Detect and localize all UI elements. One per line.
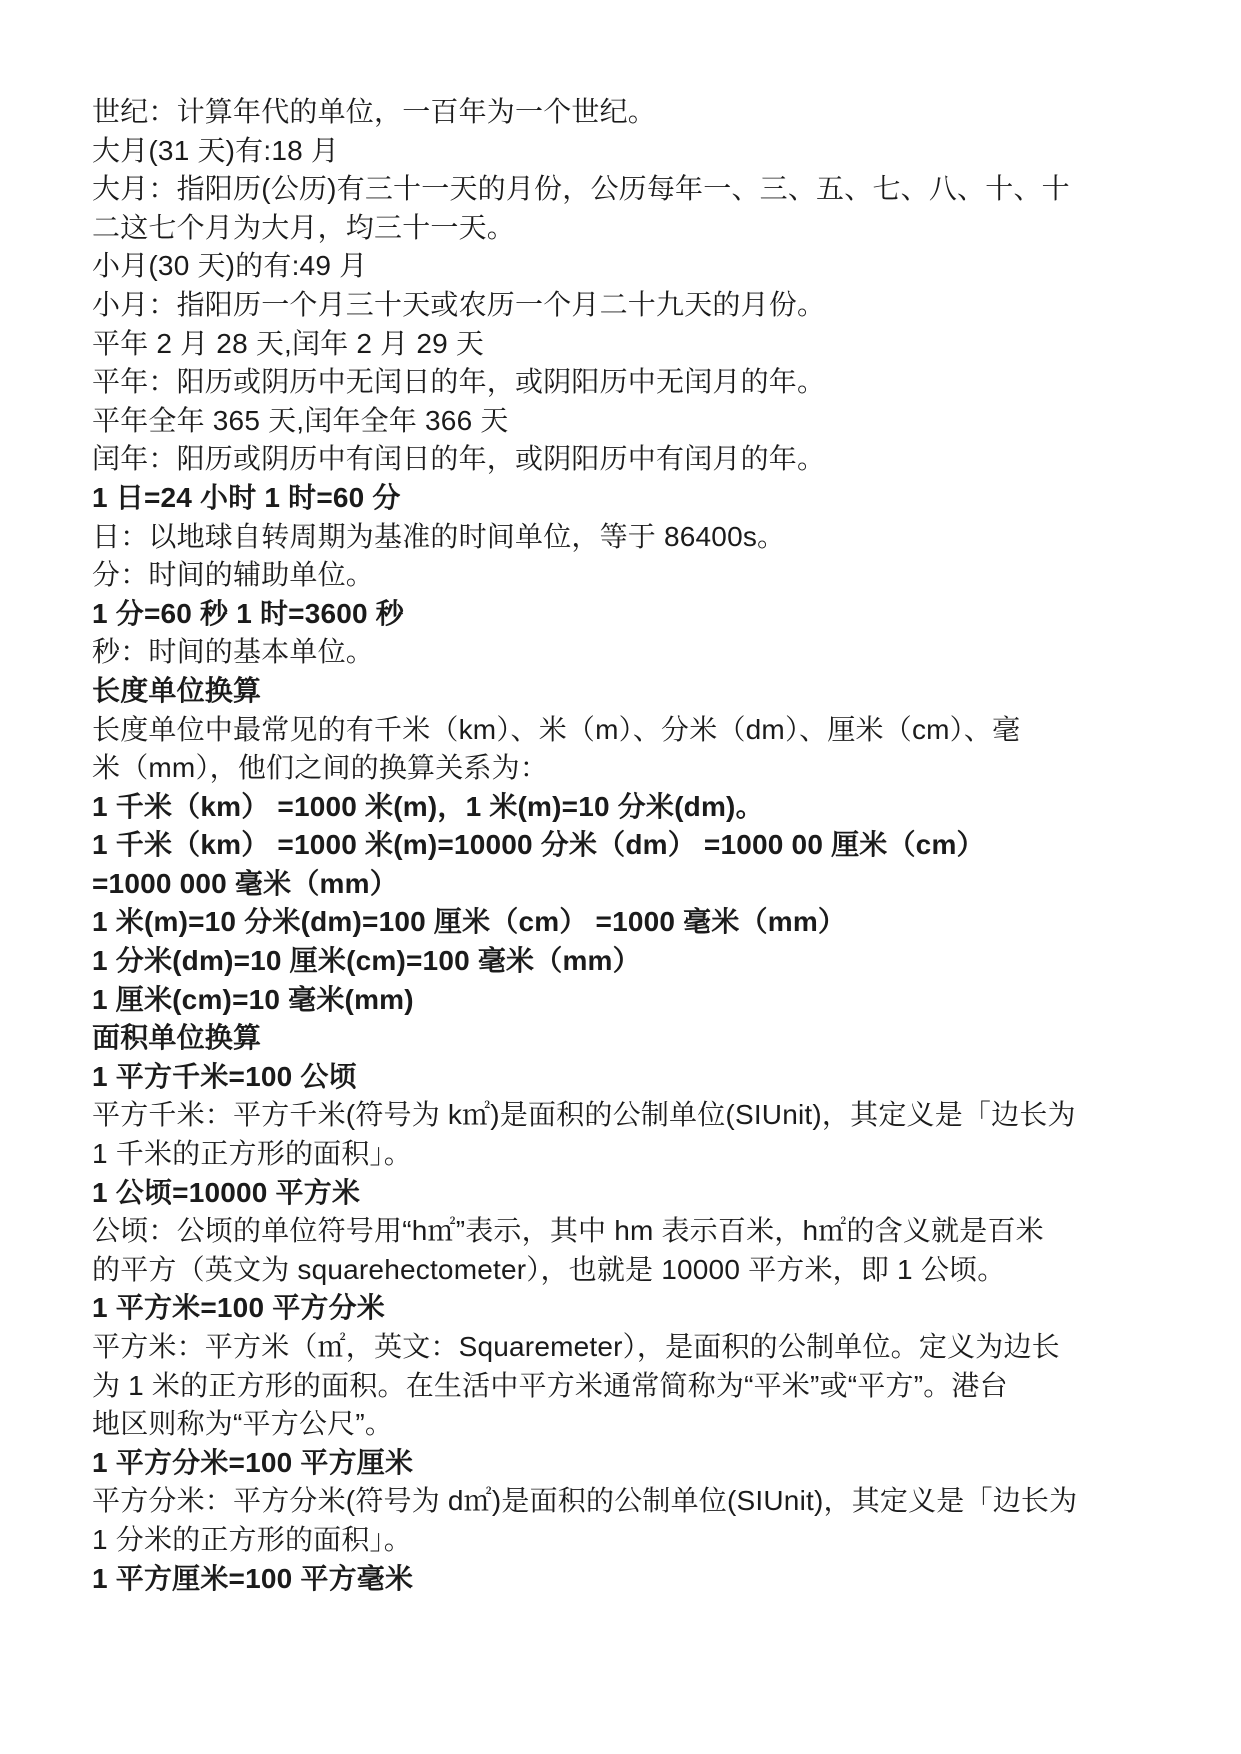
heading-line: 1 厘米(cm)=10 毫米(mm) [92, 981, 1162, 1020]
text-line: 公顷：公顷的单位符号用“h㎡”表示，其中 hm 表示百米，h㎡的含义就是百米 [92, 1212, 1162, 1251]
heading-line: 长度单位换算 [92, 672, 1162, 711]
document-page: 世纪：计算年代的单位，一百年为一个世纪。大月(31 天)有:18 月大月：指阳历… [0, 0, 1241, 1754]
text-line: 平方米：平方米（㎡，英文：Squaremeter），是面积的公制单位。定义为边长 [92, 1328, 1162, 1367]
heading-line: 1 公顷=10000 平方米 [92, 1174, 1162, 1213]
text-line: 平方千米：平方千米(符号为 k㎡)是面积的公制单位(SIUnit)，其定义是「边… [92, 1096, 1162, 1135]
text-line: 小月(30 天)的有:49 月 [92, 247, 1162, 286]
text-line: 地区则称为“平方公尺”。 [92, 1405, 1162, 1444]
text-line: 分：时间的辅助单位。 [92, 556, 1162, 595]
text-line: 米（mm），他们之间的换算关系为： [92, 749, 1162, 788]
text-line: 长度单位中最常见的有千米（km）、米（m）、分米（dm）、厘米（cm）、毫 [92, 711, 1162, 750]
document-body: 世纪：计算年代的单位，一百年为一个世纪。大月(31 天)有:18 月大月：指阳历… [92, 93, 1162, 1598]
heading-line: 1 平方分米=100 平方厘米 [92, 1444, 1162, 1483]
heading-line: =1000 000 毫米（mm） [92, 865, 1162, 904]
text-line: 二这七个月为大月，均三十一天。 [92, 209, 1162, 248]
heading-line: 1 日=24 小时 1 时=60 分 [92, 479, 1162, 518]
text-line: 秒：时间的基本单位。 [92, 633, 1162, 672]
text-line: 世纪：计算年代的单位，一百年为一个世纪。 [92, 93, 1162, 132]
text-line: 1 千米的正方形的面积」。 [92, 1135, 1162, 1174]
heading-line: 1 分=60 秒 1 时=3600 秒 [92, 595, 1162, 634]
heading-line: 1 平方千米=100 公顷 [92, 1058, 1162, 1097]
heading-line: 1 米(m)=10 分米(dm)=100 厘米（cm） =1000 毫米（mm） [92, 903, 1162, 942]
text-line: 闰年：阳历或阴历中有闰日的年，或阴阳历中有闰月的年。 [92, 440, 1162, 479]
text-line: 的平方（英文为 squarehectometer），也就是 10000 平方米，… [92, 1251, 1162, 1290]
heading-line: 1 千米（km） =1000 米(m)=10000 分米（dm） =1000 0… [92, 826, 1162, 865]
heading-line: 1 千米（km） =1000 米(m)，1 米(m)=10 分米(dm)。 [92, 788, 1162, 827]
text-line: 小月：指阳历一个月三十天或农历一个月二十九天的月份。 [92, 286, 1162, 325]
text-line: 为 1 米的正方形的面积。在生活中平方米通常简称为“平米”或“平方”。港台 [92, 1367, 1162, 1406]
text-line: 平年全年 365 天,闰年全年 366 天 [92, 402, 1162, 441]
text-line: 平方分米：平方分米(符号为 d㎡)是面积的公制单位(SIUnit)，其定义是「边… [92, 1482, 1162, 1521]
text-line: 日：以地球自转周期为基准的时间单位，等于 86400s。 [92, 518, 1162, 557]
heading-line: 面积单位换算 [92, 1019, 1162, 1058]
text-line: 平年：阳历或阴历中无闰日的年，或阴阳历中无闰月的年。 [92, 363, 1162, 402]
text-line: 平年 2 月 28 天,闰年 2 月 29 天 [92, 325, 1162, 364]
heading-line: 1 平方厘米=100 平方毫米 [92, 1560, 1162, 1599]
text-line: 1 分米的正方形的面积」。 [92, 1521, 1162, 1560]
text-line: 大月(31 天)有:18 月 [92, 132, 1162, 171]
heading-line: 1 平方米=100 平方分米 [92, 1289, 1162, 1328]
heading-line: 1 分米(dm)=10 厘米(cm)=100 毫米（mm） [92, 942, 1162, 981]
text-line: 大月：指阳历(公历)有三十一天的月份，公历每年一、三、五、七、八、十、十 [92, 170, 1162, 209]
